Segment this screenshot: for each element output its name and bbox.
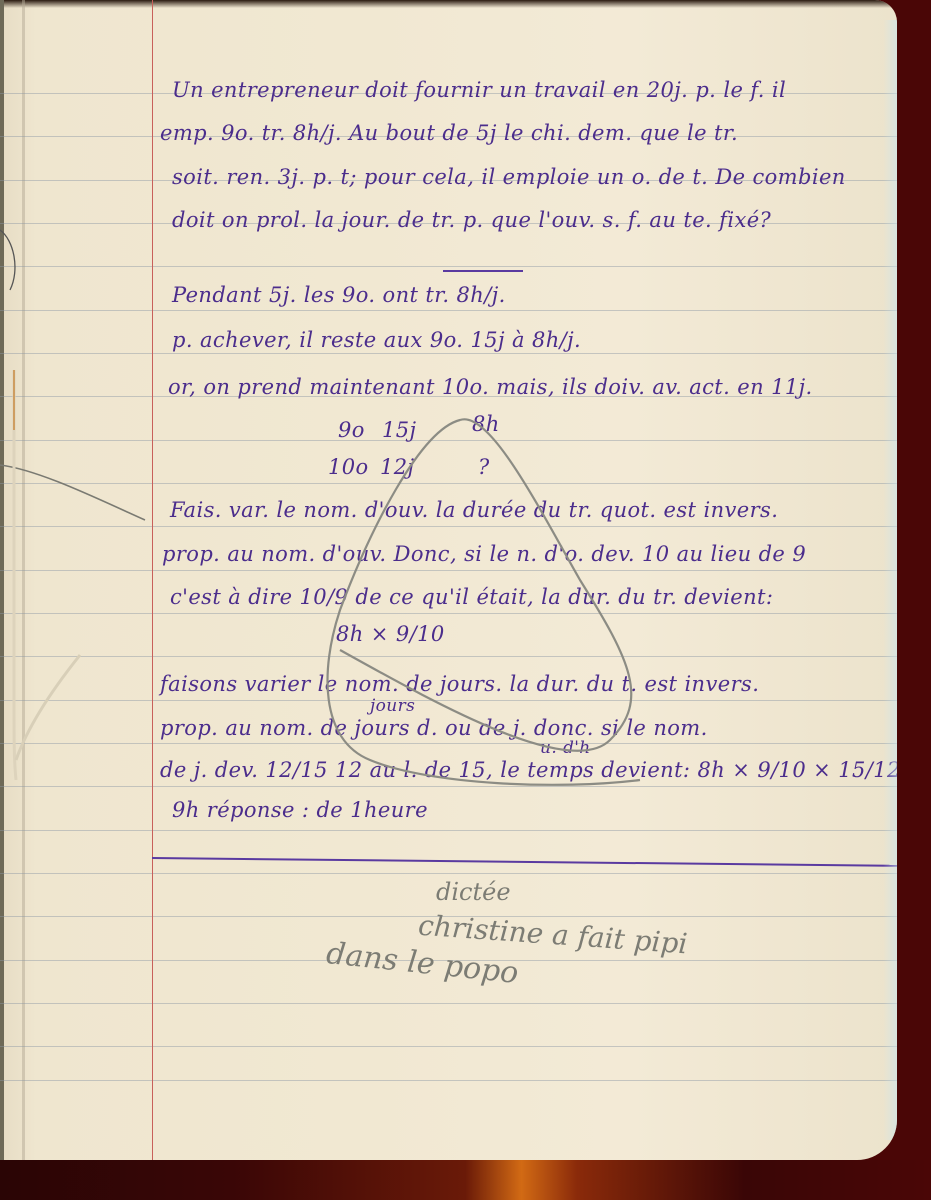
pencil-loop-drawing xyxy=(310,410,650,790)
notebook-page: Un entrepreneur doit fournir un travail … xyxy=(0,0,897,1160)
problem-line-2: emp. 9o. tr. 8h/j. Au bout de 5j le chi.… xyxy=(160,121,738,145)
ruled-line xyxy=(0,1080,897,1081)
ruled-line xyxy=(0,830,897,831)
dark-background xyxy=(0,1160,931,1200)
ruled-line xyxy=(0,1003,897,1004)
long-separator xyxy=(152,857,897,867)
binding-string xyxy=(0,200,180,800)
ruled-line xyxy=(0,873,897,874)
page-top-edge xyxy=(0,0,897,8)
problem-line-3: soit. ren. 3j. p. t; pour cela, il emplo… xyxy=(172,165,846,189)
pencil-heading-dictee: dictée xyxy=(436,878,511,906)
answer-line: 9h réponse : de 1heure xyxy=(172,798,428,822)
ruled-line xyxy=(0,1046,897,1047)
problem-line-4: doit on prol. la jour. de tr. p. que l'o… xyxy=(172,208,771,232)
problem-line-1: Un entrepreneur doit fournir un travail … xyxy=(172,78,786,102)
solution-line-2: p. achever, il reste aux 9o. 15j à 8h/j. xyxy=(172,328,581,352)
short-separator xyxy=(443,270,523,272)
solution-line-1: Pendant 5j. les 9o. ont tr. 8h/j. xyxy=(172,283,506,307)
solution-line-3: or, on prend maintenant 10o. mais, ils d… xyxy=(168,375,813,399)
